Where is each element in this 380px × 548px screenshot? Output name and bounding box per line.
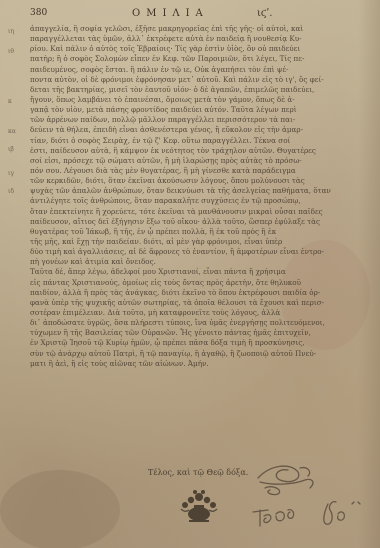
text-line: παιδίον, ἀλλὰ ἢ πρὸς τὰς ἀνάγκας, διότι … xyxy=(30,288,348,298)
text-line: ἀντιλέγητε τοῖς ἀνθρώποις, ὅταν παρακαλῆ… xyxy=(30,196,348,206)
text-line: πόν σου. Λέγουσι διὰ τὰς μὲν θυγατέρας, … xyxy=(30,166,348,176)
text-line: τῶν κερκιδῶν, διότι, ὅταν ἐκεῖναι ἀκούσω… xyxy=(30,176,348,186)
body-text: ἀπαγγελία, ἢ σοφία γελῶσι, ἐξῆσε μακρηγο… xyxy=(30,24,348,470)
fleuron-ornament-icon xyxy=(175,487,223,523)
homily-number: ιϛʹ. xyxy=(257,8,272,19)
text-line: δύο τιμὴ καὶ ἀγαλλιάσεις, αἱ δὲ ἄφρονες … xyxy=(30,247,348,257)
text-line xyxy=(30,399,348,409)
text-line: τίαν, διότι ὁ σοφὸς Σειρὰχ, ἐν τῷ ζ' Κεφ… xyxy=(30,136,348,146)
text-line: ποντα αὐτὸν, οἱ δὲ φρόνιμοι ἐφρόνησαν με… xyxy=(30,75,348,85)
margin-note: ιθ xyxy=(8,48,14,55)
margin-note: ιη xyxy=(8,28,14,35)
closing-line: Τέλος, καὶ τῷ Θεῷ δόξα. xyxy=(148,468,248,477)
text-line: Ταῦτα δὲ, ἅπερ λέγω, ἀδελφοί μου Χριστια… xyxy=(30,267,348,277)
text-line xyxy=(30,369,348,379)
text-line: δεύειν τὰ θήλεα, ἐπειδὴ εἶναι ἀσθενέστερ… xyxy=(30,125,348,135)
text-line xyxy=(30,450,348,460)
text-line: σοτέραν ἐπιμέλειαν. Διὰ τοῦτο, μὴ καταφρ… xyxy=(30,308,348,318)
running-header: 380 ΟΜΙΛΙΑ ιϛʹ. xyxy=(22,8,342,22)
text-line: φανὰ ὑπὲρ τῆς ψυχικῆς αὐτῶν σωτηρίας, τὰ… xyxy=(30,298,348,308)
text-line xyxy=(30,419,348,429)
text-line: παίδευσον, αἴτιος δεῖ ἐξήγησιν ἔξω τοῦ ο… xyxy=(30,217,348,227)
text-line: σοί εἰσι, πρόσεχε τῷ σώματι αὐτῶν, ἢ μὴ … xyxy=(30,156,348,166)
text-line: παραγγέλλεται τὰς ὑμῶν, ἀλλ᾽ ἐκτρέφετε α… xyxy=(30,34,348,44)
text-line: γαπᾷ τὸν υἱὸν, μετὰ πάσης φροντίδος παιδ… xyxy=(30,105,348,115)
page-scan: 380 ΟΜΙΛΙΑ ιϛʹ. ιη ιθ κ κα ιβ ιγ ιδ ἀπαγ… xyxy=(0,0,380,548)
text-line: ἐν Χριστῷ Ἰησοῦ τῷ Κυρίῳ ἡμῶν, ᾧ πρέπει … xyxy=(30,338,348,348)
margin-note: κ xyxy=(8,98,12,105)
text-line: ὅταν ἐπεκτείνητε ἢ χορεύετε, τότε ἐκεῖνα… xyxy=(30,207,348,217)
page-number: 380 xyxy=(30,8,47,18)
text-line: παιδευμένος, σοφὸς ἔσται. ἢ πάλιν ἐν τῷ … xyxy=(30,65,348,75)
text-line xyxy=(30,379,348,389)
text-line xyxy=(30,430,348,440)
text-line: πατὴρ; ἢ ὁ σοφὸς Σολομὼν εἶπεν ἐν Κεφ. τ… xyxy=(30,54,348,64)
margin-note: ιγ xyxy=(8,170,14,177)
text-line xyxy=(30,389,348,399)
margin-note: ιδ xyxy=(8,188,14,195)
margin-note: ιβ xyxy=(8,146,14,153)
text-line: εἰς πάντας Χριστιανούς, ὁμοίως εἰς τοὺς … xyxy=(30,278,348,288)
text-line: ἐστι, παίδευσον αὐτὰ, ἢ κάμψον ἐκ νεότητ… xyxy=(30,146,348,156)
text-line: ψυχὰς τῶν ἀπαλῶν ἀνθρώπων, ὅταν δεικνύωσ… xyxy=(30,186,348,196)
water-stain xyxy=(0,470,120,548)
text-line xyxy=(30,440,348,450)
text-line: τῆς μῆς, καὶ ἔχῃ τὴν παιδείαν. διότι, αἱ… xyxy=(30,237,348,247)
text-line: τύχωμεν ἢ τῆς Βασιλείας τῶν Οὐρανῶν. Ἧς … xyxy=(30,328,348,338)
text-line: ἤγουν, ὅπως λαμβάνει τὸ ἐπαινέσαι, ὅμοιω… xyxy=(30,95,348,105)
text-line: πὴ γονέων καὶ ἀτιμία καὶ ὄνειδος. xyxy=(30,257,348,267)
margin-note: κα xyxy=(8,128,16,135)
text-line: δεται τῆς βακτηρίας, μισεῖ τὸν ἑαυτοῦ υἱ… xyxy=(30,85,348,95)
text-line: δι᾽ ἀποδώσατε ὑγρῶς, ὅσα πλήρεστι τύποις… xyxy=(30,318,348,328)
handwritten-marks xyxy=(250,460,380,535)
text-line: τῶν ἀρρένων παίδων, πολλῷ μᾶλλον παραγγέ… xyxy=(30,115,348,125)
running-title: ΟΜΙΛΙΑ xyxy=(132,8,209,19)
text-line: ἀπαγγελία, ἢ σοφία γελῶσι, ἐξῆσε μακρηγο… xyxy=(30,24,348,34)
text-line: ματι ἢ ἀεὶ, ἢ εἰς τοὺς αἰῶνας τῶν αἰώνων… xyxy=(30,359,348,369)
text-line: ρίου. Καὶ πάλιν ὁ αὐτὸς τοῖς Ἑβραίοις· Τ… xyxy=(30,44,348,54)
text-line xyxy=(30,409,348,419)
text-line: θυγατέρας τοῦ Ἰάκωβ, ἢ τῆς, ἐν ᾧ πρέπει … xyxy=(30,227,348,237)
text-line: σὺν τῷ ἀνάρχῳ αὐτοῦ Πατρὶ, ἢ τῷ παναγίῳ,… xyxy=(30,349,348,359)
